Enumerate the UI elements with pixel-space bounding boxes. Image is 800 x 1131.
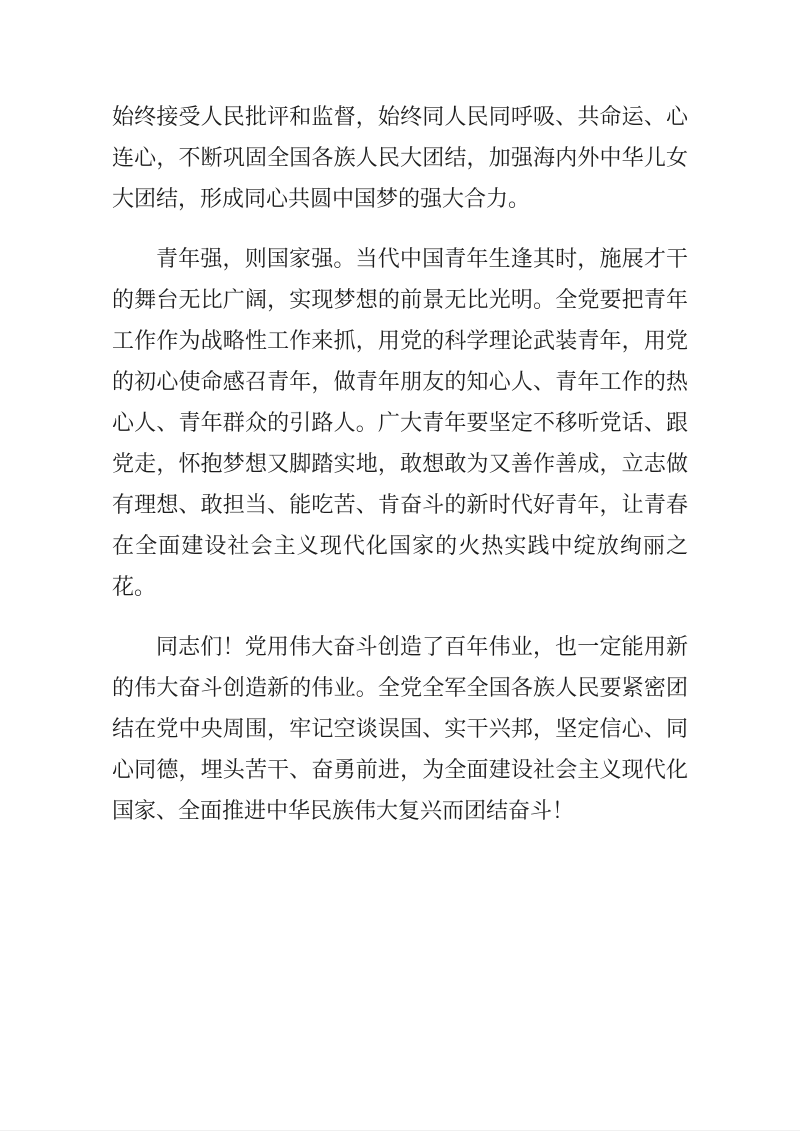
document-page: 始终接受人民批评和监督，始终同人民同呼吸、共命运、心连心，不断巩固全国各族人民大… [0,0,800,1131]
paragraph-closing: 同志们！党用伟大奋斗创造了百年伟业，也一定能用新的伟大奋斗创造新的伟业。全党全军… [112,626,688,831]
paragraph-youth: 青年强，则国家强。当代中国青年生逢其时，施展才干的舞台无比广阔，实现梦想的前景无… [112,238,688,607]
page-text-block: 始终接受人民批评和监督，始终同人民同呼吸、共命运、心连心，不断巩固全国各族人民大… [112,96,688,831]
paragraph-continuation: 始终接受人民批评和监督，始终同人民同呼吸、共命运、心连心，不断巩固全国各族人民大… [112,96,688,219]
